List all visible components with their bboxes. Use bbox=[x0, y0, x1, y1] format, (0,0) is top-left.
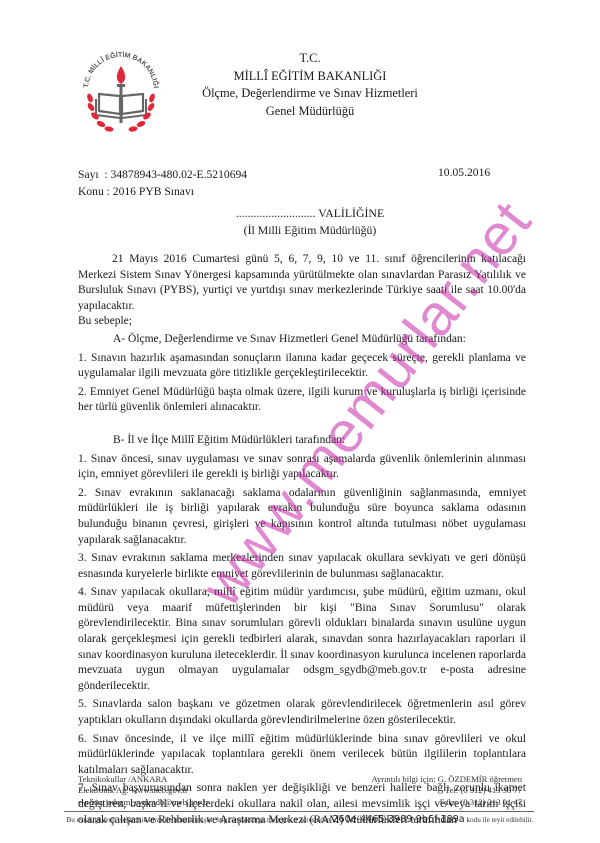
section-b-item: 5. Sınavlarda salon başkanı ve gözetmen … bbox=[78, 697, 526, 728]
section-b-title: B- İl ve İlçe Millî Eğitim Müdürlükleri … bbox=[78, 433, 526, 449]
section-b-item: 2. Sınav evrakının saklanacağı saklama o… bbox=[78, 486, 526, 548]
subject: Konu : 2016 PYB Sınavı bbox=[78, 183, 247, 200]
section-a-title: A- Ölçme, Değerlendirme ve Sınav Hizmetl… bbox=[78, 332, 526, 348]
document-meta: Sayı : 34878943-480.02-E.5210694 Konu : … bbox=[78, 166, 247, 200]
letter-body: 21 Mayıs 2016 Cumartesi günü 5, 6, 7, 9,… bbox=[78, 252, 526, 828]
section-b-item: 3. Sınav evrakının saklama merkezlerinde… bbox=[78, 551, 526, 582]
section-a-item: 2. Emniyet Genel Müdürlüğü başta olmak ü… bbox=[78, 385, 526, 416]
ministry-emblem-icon: T.C. MİLLÎ EĞİTİM BAKANLIĞI bbox=[76, 44, 166, 136]
footer-divider bbox=[64, 811, 534, 812]
footer-email[interactable]: e-posta: odsgm_symmdb@meb.gov.tr bbox=[78, 797, 209, 808]
section-b-item: 6. Sınav öncesinde, il ve ilçe millî eği… bbox=[78, 732, 526, 779]
verification-code: 260e-4465-3989-9b6f-189a bbox=[332, 814, 464, 825]
header-directorate: Genel Müdürlüğü bbox=[160, 103, 460, 121]
sayi-value: : 34878943-480.02-E.5210694 bbox=[104, 168, 247, 181]
verification-line: Bu evrak güvenli elektronik imza ile imz… bbox=[0, 814, 600, 825]
verification-prefix: Bu evrak güvenli elektronik imza ile imz… bbox=[67, 816, 331, 824]
letterhead: T.C. MİLLÎ EĞİTİM BAKANLIĞI Ölçme, Değer… bbox=[160, 50, 460, 120]
footer-contact: Ayrıntılı bilgi için: G. ÖZDEMİR öğretme… bbox=[371, 774, 522, 785]
because-line: Bu sebeple; bbox=[78, 314, 526, 330]
ministry-logo: T.C. MİLLÎ EĞİTİM BAKANLIĞI bbox=[76, 44, 166, 136]
section-b-item: 1. Sınav öncesi, sınav uygulaması ve sın… bbox=[78, 452, 526, 483]
header-tc: T.C. bbox=[160, 50, 460, 68]
footer-address-block: Teknikokullar /ANKARA Elektronik Ağ: www… bbox=[78, 774, 209, 808]
konu-value: : 2016 PYB Sınavı bbox=[107, 185, 194, 198]
footer-address: Teknikokullar /ANKARA bbox=[78, 774, 209, 785]
sayi-label: Sayı bbox=[78, 168, 99, 181]
header-department: Ölçme, Değerlendirme ve Sınav Hizmetleri bbox=[160, 85, 460, 103]
footer-web[interactable]: Elektronik Ağ: www.meb.gov.tr bbox=[78, 785, 209, 796]
addressee-line1: ........................... VALİLİĞİNE bbox=[60, 205, 560, 222]
document-date: 10.05.2016 bbox=[438, 166, 490, 179]
footer-tel: Tel: (0 312) 413 30 77 bbox=[371, 785, 522, 796]
reference-number: Sayı : 34878943-480.02-E.5210694 bbox=[78, 166, 247, 183]
section-a-item: 1. Sınavın hazırlık aşamasından sonuçlar… bbox=[78, 351, 526, 382]
verification-suffix: kodu ile teyit edilebilir. bbox=[466, 816, 533, 824]
intro-paragraph: 21 Mayıs 2016 Cumartesi günü 5, 6, 7, 9,… bbox=[78, 252, 526, 314]
addressee-line2: (İl Milli Eğitim Müdürlüğü) bbox=[60, 222, 560, 239]
konu-label: Konu bbox=[78, 185, 104, 198]
section-b-item: 4. Sınav yapılacak okullara, millî eğiti… bbox=[78, 585, 526, 694]
footer-fax: Faks: (0 312) 213 01 47 bbox=[371, 797, 522, 808]
addressee: ........................... VALİLİĞİNE (… bbox=[60, 205, 560, 239]
header-ministry: MİLLÎ EĞİTİM BAKANLIĞI bbox=[160, 68, 460, 86]
footer-contact-block: Ayrıntılı bilgi için: G. ÖZDEMİR öğretme… bbox=[371, 774, 522, 808]
